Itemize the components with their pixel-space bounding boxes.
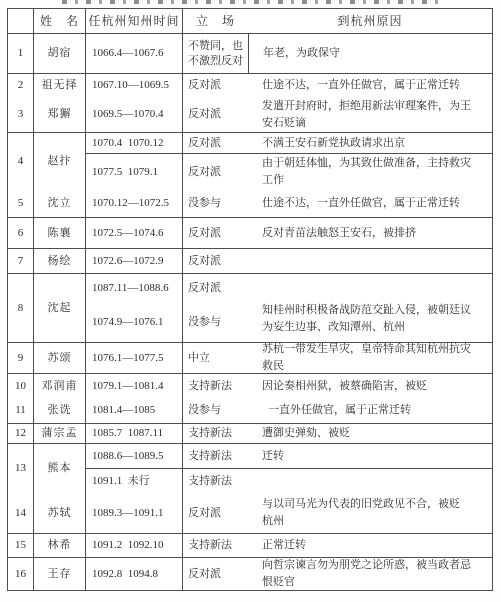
reason-cell: 仕途不达，一直外任做官，属于正常迁转: [248, 74, 492, 97]
stance-cell: 没参与: [182, 398, 248, 423]
table-row: 6 陈襄 1072.5—1074.6 反对派 反对青苗法触怒王安石，被排挤: [8, 217, 492, 248]
stance-cell: 支持新法: [182, 534, 248, 557]
reason-cell: [248, 249, 492, 273]
reason-cell: 年老，为政保守: [248, 34, 492, 73]
row-index: 14: [8, 493, 33, 533]
stance-cell: 反对派: [182, 493, 248, 533]
scanned-document-page: 姓 名 任杭州知州时间 立 场 到杭州原因 1 胡宿 1066.4—1067.6…: [0, 0, 501, 602]
tenure-cell: 1079.1—1081.4: [85, 374, 182, 398]
tenure-cell: 1091.2 1092.10: [85, 534, 182, 557]
tenure-cell: 1092.8 1094.8: [85, 558, 182, 590]
tenure-cell: 1070.12—1072.5: [85, 190, 182, 217]
row-index: 10: [8, 374, 33, 398]
stance-cell: 没参与: [182, 190, 248, 217]
row-index: 1: [8, 34, 33, 73]
tenure-cell: 1074.9—1076.1: [85, 303, 182, 342]
tenure-cell: 1076.1—1077.5: [85, 343, 182, 373]
row-index: 12: [8, 424, 33, 443]
tenure-cell: 1085.7 1087.11: [85, 424, 182, 443]
name-cell: 杨绘: [33, 249, 85, 273]
stance-cell: 反对派: [182, 249, 248, 273]
reason-cell: 向哲宗谏言勿为朋党之论所惑，被当政者忌 恨贬官: [248, 558, 492, 590]
table-row-group: 8 沈起 1087.11—1088.6 反对派 知桂州时积极备战防范交趾入侵，被…: [8, 273, 492, 342]
col-header-stance: 立 场: [182, 9, 248, 33]
row-index: 16: [8, 558, 33, 590]
stance-cell: 反对派: [182, 153, 248, 190]
stance-cell: 反对派: [182, 74, 248, 97]
table-row: 12 蒲宗孟 1085.7 1087.11 支持新法 遭御史弹劾、被贬: [8, 423, 492, 443]
col-header-reason: 到杭州原因: [248, 9, 492, 33]
row-index: 2: [8, 74, 33, 97]
table-row-group: 13 熊本 1088.6—1089.5 支持新法 迁转 1091.1 未行 支持…: [8, 443, 492, 533]
row-index: 8: [8, 274, 33, 342]
reason-cell: 反对青苗法触怒王安石，被排挤: [248, 218, 492, 248]
row-index: 11: [8, 398, 33, 423]
table-row: 15 林希 1091.2 1092.10 支持新法 正常迁转: [8, 533, 492, 557]
reason-cell: 因论奏相州狱，被蔡确陷害，被贬: [248, 374, 492, 398]
tenure-cell: 1087.11—1088.6: [85, 274, 182, 303]
reason-cell: 不满王安石新党执政请求出京: [248, 133, 492, 153]
tenure-cell: 1091.1 未行: [85, 468, 182, 493]
stance-cell: 不赞同，也 不激烈反对: [182, 34, 248, 73]
stance-cell: 反对派: [182, 133, 248, 153]
reason-cell: 由于朝廷体恤，为其致仕做准备，主持救灾 工作: [248, 153, 492, 190]
stance-cell: 支持新法: [182, 424, 248, 443]
stance-cell: 中立: [182, 343, 248, 373]
name-cell: 祖无择: [33, 74, 85, 97]
row-index: 13: [8, 444, 33, 493]
name-cell: 陈襄: [33, 218, 85, 248]
name-cell: 沈起: [33, 274, 85, 342]
reason-cell: 发遣开封府时，拒绝用新法审理案件，为王 安石贬谪: [248, 97, 492, 132]
name-cell: 蒲宗孟: [33, 424, 85, 443]
tenure-cell: 1069.5—1070.4: [85, 97, 182, 132]
reason-cell: 迁转: [248, 444, 492, 468]
stance-cell: 支持新法: [182, 374, 248, 398]
row-index: 4: [8, 133, 33, 190]
name-cell: 王存: [33, 558, 85, 590]
tenure-cell: 1067.10—1069.5: [85, 74, 182, 97]
stance-cell: 反对派: [182, 558, 248, 590]
table-row-group: 10 邓润甫 1079.1—1081.4 支持新法 因论奏相州狱，被蔡确陷害，被…: [8, 373, 492, 423]
table-row: 9 苏颂 1076.1—1077.5 中立 苏杭一带发生旱灾，皇帝特命其知杭州抗…: [8, 342, 492, 373]
row-index: 3: [8, 97, 33, 132]
tenure-cell: 1077.5 1079.1: [85, 153, 182, 190]
stance-cell: 反对派: [182, 274, 248, 303]
table-row: 16 王存 1092.8 1094.8 反对派 向哲宗谏言勿为朋党之论所惑，被当…: [8, 557, 492, 590]
table-row-group: 2 祖无择 1067.10—1069.5 反对派 仕途不达，一直外任做官，属于正…: [8, 73, 492, 132]
name-cell: 熊本: [33, 444, 85, 493]
reason-cell: 苏杭一带发生旱灾，皇帝特命其知杭州抗灾 救民: [248, 343, 492, 373]
row-index: 6: [8, 218, 33, 248]
name-cell: 胡宿: [33, 34, 85, 73]
table-row-group: 4 赵抃 1070.4 1070.12 反对派 不满王安石新党执政请求出京 10…: [8, 132, 492, 217]
tenure-cell: 1088.6—1089.5: [85, 444, 182, 468]
name-cell: 苏轼: [33, 493, 85, 533]
name-cell: 林希: [33, 534, 85, 557]
reason-cell: 仕途不达，一直外任做官，属于正常迁转: [248, 190, 492, 217]
col-header-index: [8, 9, 33, 33]
cropped-title-text: [62, 0, 444, 4]
table-row: 1 胡宿 1066.4—1067.6 不赞同，也 不激烈反对 年老，为政保守: [8, 33, 492, 73]
reason-cell: [248, 468, 492, 493]
reason-cell: 遭御史弹劾、被贬: [248, 424, 492, 443]
row-index: 7: [8, 249, 33, 273]
name-cell: 苏颂: [33, 343, 85, 373]
row-index: 15: [8, 534, 33, 557]
stance-cell: 支持新法: [182, 444, 248, 468]
table-row: 7 杨绘 1072.6—1072.9 反对派: [8, 248, 492, 273]
col-header-tenure: 任杭州知州时间: [85, 9, 182, 33]
name-cell: 郑獬: [33, 97, 85, 132]
tenure-cell: 1070.4 1070.12: [85, 133, 182, 153]
tenure-cell: 1072.6—1072.9: [85, 249, 182, 273]
table-header-row: 姓 名 任杭州知州时间 立 场 到杭州原因: [8, 9, 492, 33]
stance-cell: 反对派: [182, 218, 248, 248]
name-cell: 赵抃: [33, 133, 85, 190]
tenure-cell: 1089.3—1091.1: [85, 493, 182, 533]
tenure-cell: 1072.5—1074.6: [85, 218, 182, 248]
stance-cell: 反对派: [182, 97, 248, 132]
stance-cell: 没参与: [182, 303, 248, 342]
name-cell: 邓润甫: [33, 374, 85, 398]
reason-cell: 一直外任做官，属于正常迁转: [248, 398, 492, 423]
tenure-cell: 1081.4—1085: [85, 398, 182, 423]
reason-cell: 知桂州时积极备战防范交趾入侵，被朝廷议 为妄生边事、改知潭州、杭州: [248, 274, 492, 342]
name-cell: 沈立: [33, 190, 85, 217]
tenure-cell: 1066.4—1067.6: [85, 34, 182, 73]
row-index: 9: [8, 343, 33, 373]
stance-cell: 支持新法: [182, 468, 248, 493]
reason-cell: 与以司马光为代表的旧党政见不合，被贬 杭州: [248, 493, 492, 533]
name-cell: 张诜: [33, 398, 85, 423]
reason-cell: 正常迁转: [248, 534, 492, 557]
col-header-name: 姓 名: [33, 9, 85, 33]
hangzhou-prefects-table: 姓 名 任杭州知州时间 立 场 到杭州原因 1 胡宿 1066.4—1067.6…: [7, 8, 493, 591]
row-index: 5: [8, 190, 33, 217]
